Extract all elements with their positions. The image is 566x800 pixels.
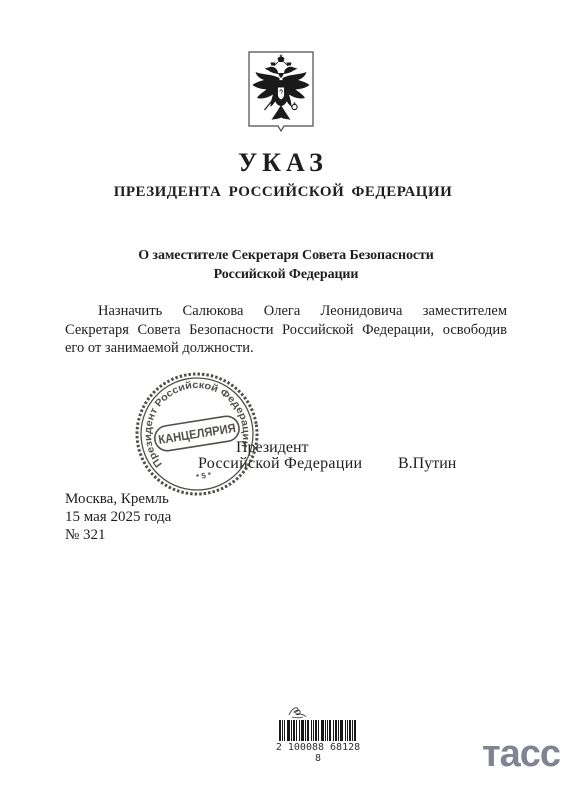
decree-title: УКАЗ [0, 148, 566, 178]
barcode-bar [301, 720, 304, 741]
barcode-bar [296, 720, 297, 741]
barcode-bar [345, 720, 346, 741]
decree-document: УКАЗ ПРЕЗИДЕНТА РОССИЙСКОЙ ФЕДЕРАЦИИ О з… [0, 0, 566, 800]
barcode-bar [299, 720, 300, 741]
subject-line: О заместителе Секретаря Совета Безопасно… [65, 246, 507, 265]
decree-place: Москва, Кремль [65, 490, 171, 508]
barcode-bar [279, 720, 281, 741]
decree-number: № 321 [65, 526, 171, 544]
decree-issuer: ПРЕЗИДЕНТА РОССИЙСКОЙ ФЕДЕРАЦИИ [0, 184, 566, 201]
barcode-bar [325, 720, 326, 741]
barcode-bar [305, 720, 306, 741]
barcode-bar [291, 720, 292, 741]
barcode-bar [352, 720, 353, 741]
barcode [279, 720, 356, 741]
decree-date: 15 мая 2025 года [65, 508, 171, 526]
stamp-bottom-mark: * 5 * [195, 470, 212, 481]
barcode-bar [335, 720, 337, 741]
subject-line: Российской Федерации [65, 265, 507, 284]
chancellery-stamp: Президент Российской Федерации * 5 * КАН… [125, 362, 269, 506]
barcode-bar [340, 720, 343, 741]
barcode-bar [311, 720, 312, 741]
barcode-bar [284, 720, 285, 741]
barcode-digits: 2 100088 68128 8 [270, 742, 366, 764]
double-headed-eagle-icon [248, 51, 314, 133]
decree-body-paragraph: Назначить Салюкова Олега Леонидовича зам… [65, 302, 507, 358]
body-line: его от занимаемой должности. [65, 339, 507, 358]
barcode-bar [333, 720, 334, 741]
body-line: Назначить Салюкова Олега Леонидовича зам… [65, 302, 507, 321]
tass-watermark-logo: тасс [482, 735, 560, 773]
barcode-bar [321, 720, 324, 741]
barcode-bar [313, 720, 314, 741]
barcode-bar [349, 720, 351, 741]
barcode-bar [307, 720, 309, 741]
decree-subject-heading: О заместителе Секретаря Совета Безопасно… [65, 246, 507, 284]
body-line: Секретаря Совета Безопасности Российской… [65, 321, 507, 340]
handwritten-mark-icon [287, 704, 311, 719]
barcode-bar [327, 720, 328, 741]
barcode-bar [282, 720, 283, 741]
barcode-bar [287, 720, 290, 741]
decree-footer: Москва, Кремль 15 мая 2025 года № 321 [65, 490, 171, 544]
barcode-bar [354, 720, 356, 741]
signature-name: В.Путин [398, 455, 456, 473]
barcode-bar [329, 720, 331, 741]
barcode-bar [315, 720, 317, 741]
coat-of-arms [248, 51, 314, 133]
barcode-bar [318, 720, 319, 741]
barcode-bar [293, 720, 295, 741]
barcode-bar [347, 720, 348, 741]
barcode-bar [338, 720, 339, 741]
